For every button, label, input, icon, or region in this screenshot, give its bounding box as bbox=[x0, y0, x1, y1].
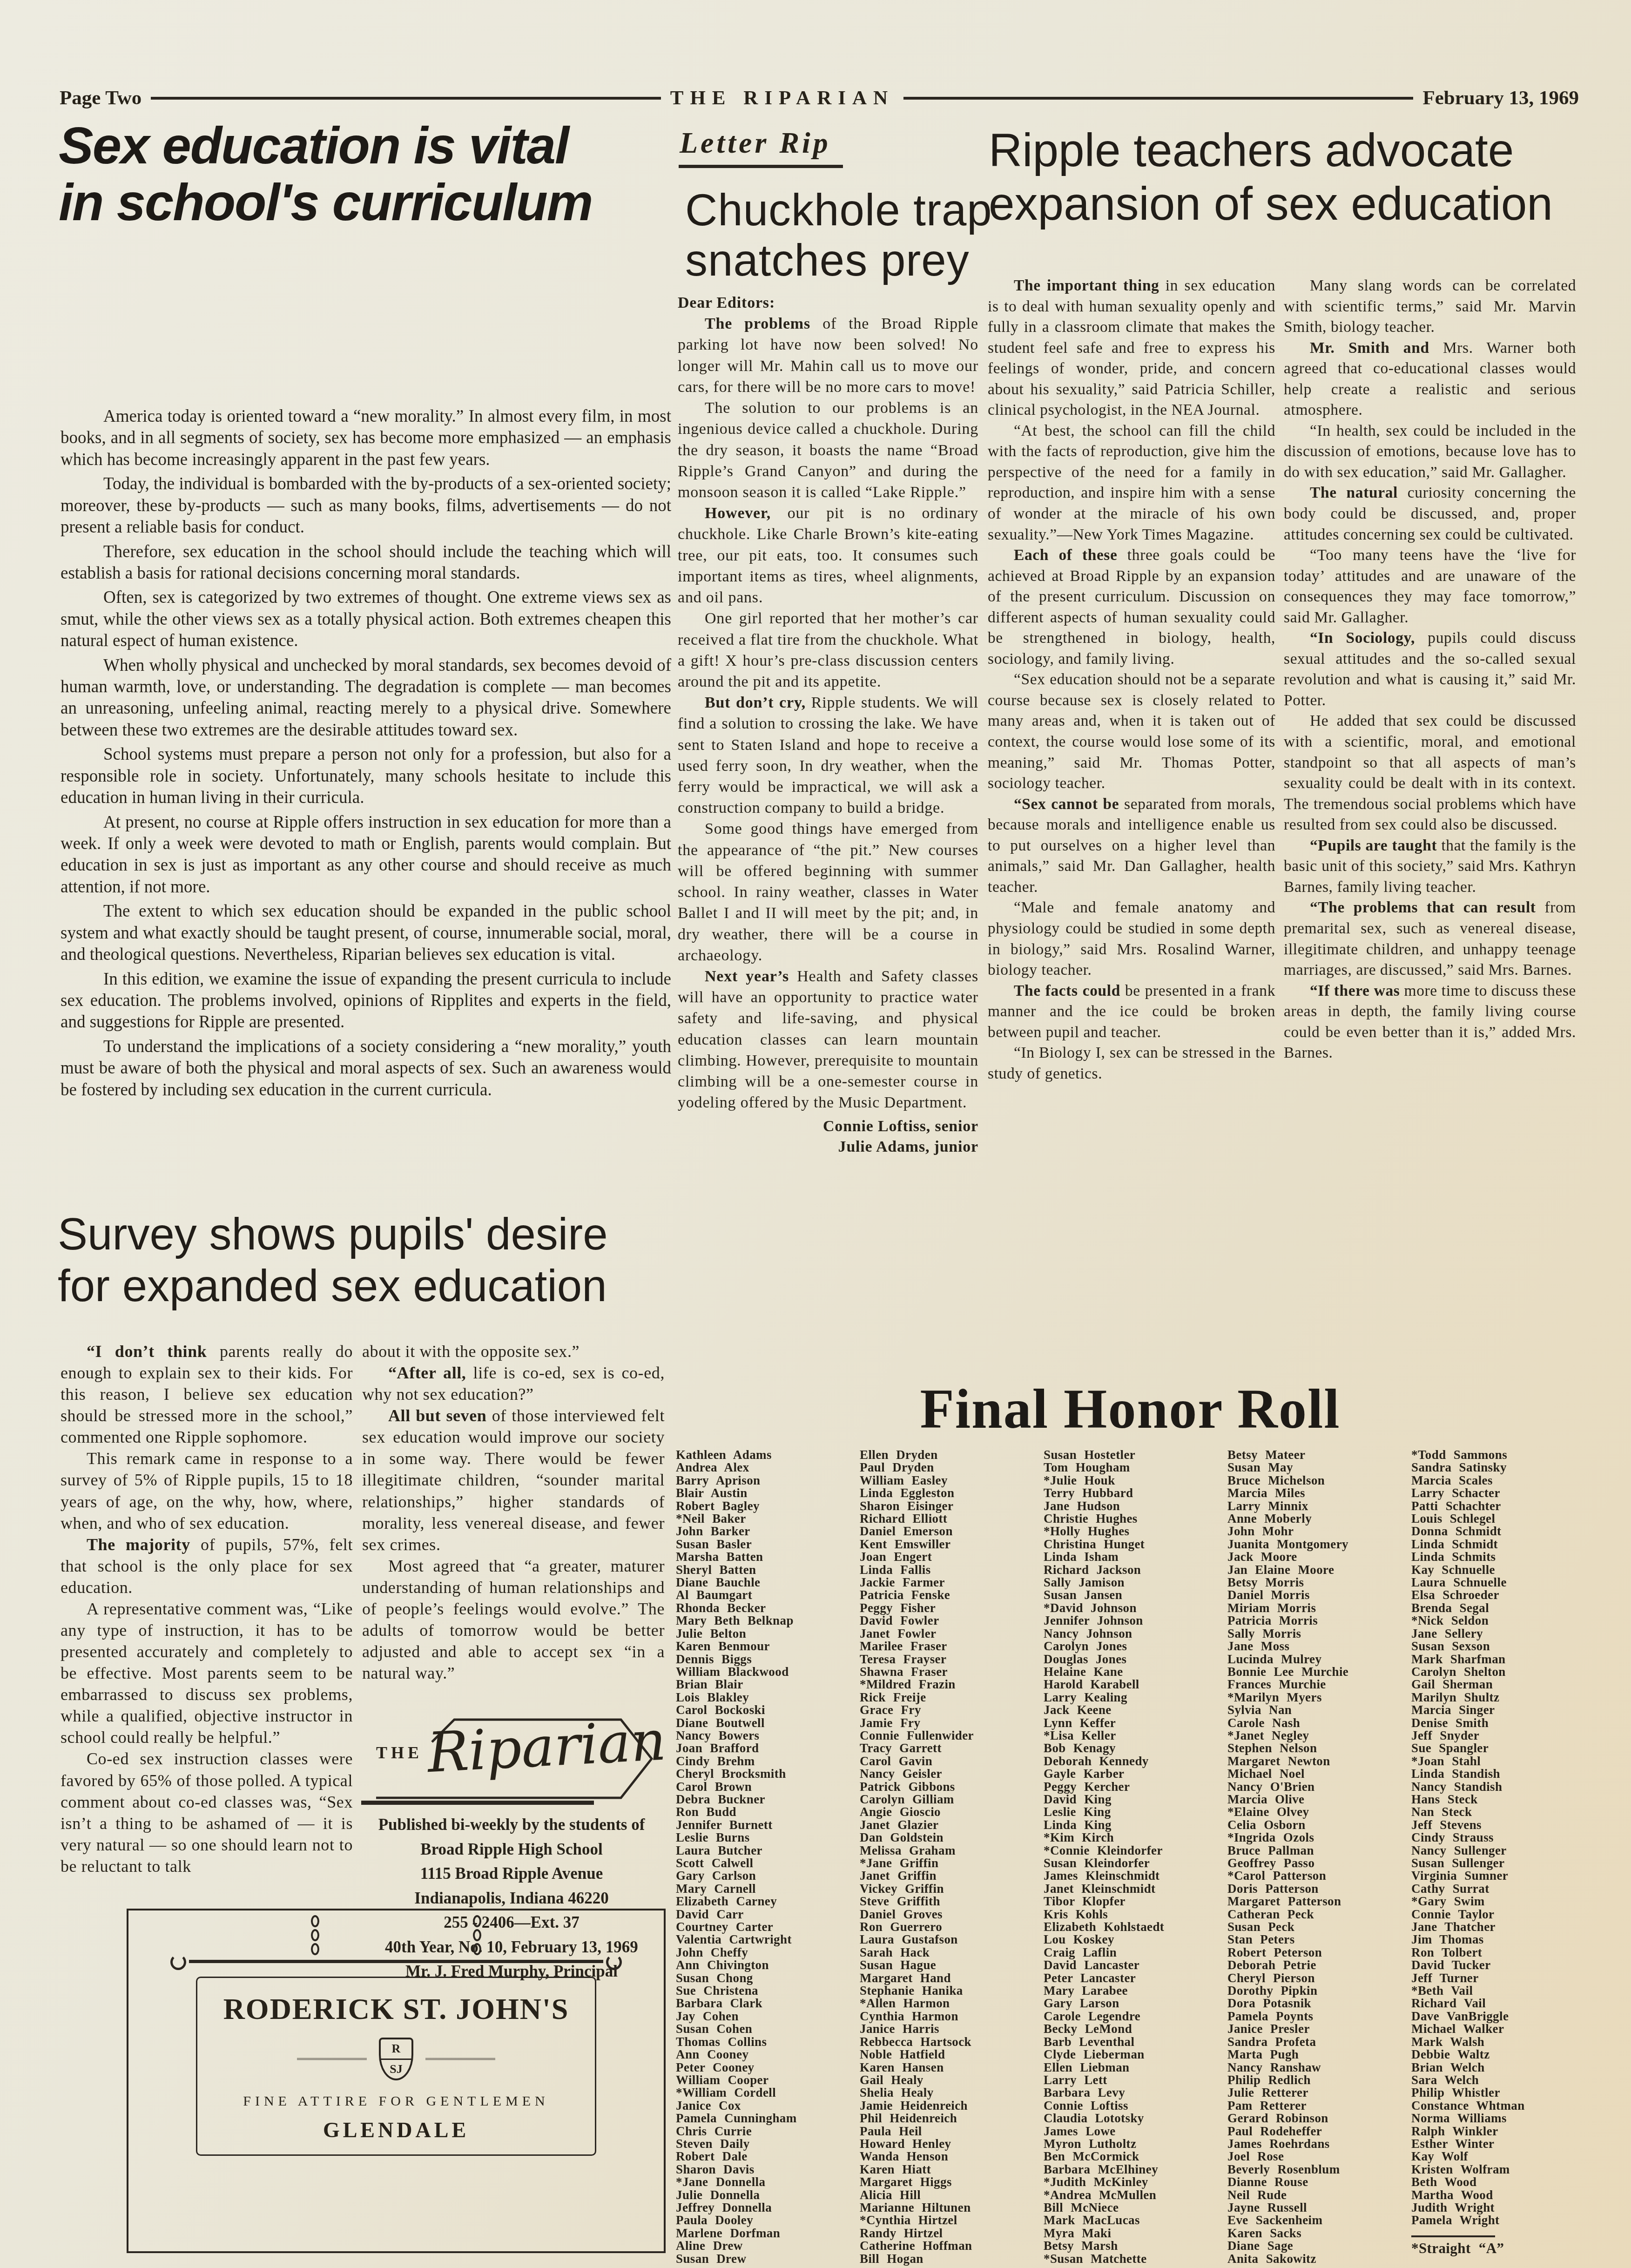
honor-roll-name: Debra Buckner bbox=[676, 1793, 853, 1806]
honor-roll-name: James Kleinschmidt bbox=[1044, 1870, 1220, 1882]
honor-roll-name: Mary Beth Belknap bbox=[676, 1614, 853, 1627]
masthead-line: Indianapolis, Indiana 46220 bbox=[357, 1886, 666, 1911]
honor-roll-name: Carol Bockoski bbox=[676, 1704, 853, 1716]
honor-roll-name: Douglas Jones bbox=[1044, 1653, 1220, 1666]
honor-roll-name: Shawna Fraser bbox=[860, 1666, 1037, 1678]
honor-roll-name: Lynn Keffer bbox=[1044, 1717, 1220, 1729]
honor-roll-name: Carolyn Jones bbox=[1044, 1640, 1220, 1653]
honor-roll-name: Jane Hudson bbox=[1044, 1500, 1220, 1512]
honor-roll-name: Myra Maki bbox=[1044, 2227, 1220, 2240]
honor-roll-name: Judith Wright bbox=[1411, 2201, 1588, 2214]
paragraph: Mr. Smith and Mrs. Warner both agreed th… bbox=[1284, 338, 1576, 421]
honor-roll-name: Ron Tolbert bbox=[1411, 1946, 1588, 1959]
honor-roll-name: Steve Griffith bbox=[860, 1895, 1037, 1908]
honor-roll-name: Richard Jackson bbox=[1044, 1564, 1220, 1576]
honor-roll-name: Carolyn Gilliam bbox=[860, 1793, 1037, 1806]
header-rule-left bbox=[151, 97, 660, 100]
honor-roll-name: Esther Winter bbox=[1411, 2138, 1588, 2150]
honor-roll-name: Bill McNiece bbox=[1044, 2201, 1220, 2214]
honor-roll-name: Larry Minnix bbox=[1227, 1500, 1404, 1512]
honor-roll-name: Doris Patterson bbox=[1227, 1883, 1404, 1895]
honor-roll-name: Julie Belton bbox=[676, 1627, 853, 1640]
honor-roll-name: Nancy Johnson bbox=[1044, 1627, 1220, 1640]
honor-roll-name: Cindy Brehm bbox=[676, 1755, 853, 1768]
honor-roll-name: William Blackwood bbox=[676, 1666, 853, 1678]
paragraph: “Male and female anatomy and physiology … bbox=[988, 898, 1275, 980]
honor-roll-name: Ben McCormick bbox=[1044, 2150, 1220, 2163]
honor-roll-name: Margaret Hand bbox=[860, 1972, 1037, 1984]
honor-roll-name: Margaret Newton bbox=[1227, 1755, 1404, 1768]
paragraph: A representative comment was, “Like any … bbox=[61, 1598, 353, 1748]
paper-title: THE RIPARIAN bbox=[670, 87, 894, 109]
honor-roll-name: *Beth Vail bbox=[1411, 1984, 1588, 1997]
honor-roll-name: Susan Hague bbox=[860, 1959, 1037, 1971]
honor-roll-name: James Lowe bbox=[1044, 2125, 1220, 2138]
honor-roll-name: Celia Osborn bbox=[1227, 1819, 1404, 1831]
honor-roll-name: *Mildred Frazin bbox=[860, 1678, 1037, 1691]
honor-roll-name: Valentia Cartwright bbox=[676, 1933, 853, 1946]
honor-roll-name: Ron Guerrero bbox=[860, 1921, 1037, 1933]
honor-roll-name: Denise Smith bbox=[1411, 1717, 1588, 1729]
honor-roll-name: *Marilyn Myers bbox=[1227, 1691, 1404, 1704]
honor-roll-name: Peggy Kercher bbox=[1044, 1781, 1220, 1793]
honor-roll-name: Debbie Waltz bbox=[1411, 2048, 1588, 2061]
honor-roll-name: Martha Wood bbox=[1411, 2189, 1588, 2201]
letter-paragraphs: The problems of the Broad Ripple parking… bbox=[678, 313, 978, 1113]
honor-roll-name: Jim Thomas bbox=[1411, 1933, 1588, 1946]
honor-roll-name: Sue Spangler bbox=[1411, 1742, 1588, 1755]
honor-roll-name: Linda Eggleston bbox=[860, 1487, 1037, 1499]
honor-roll-name: Janice Cox bbox=[676, 2099, 853, 2112]
honor-roll-name: Lois Blakley bbox=[676, 1691, 853, 1704]
honor-roll-name: Linda Fallis bbox=[860, 1564, 1037, 1576]
paragraph: Today, the individual is bombarded with … bbox=[61, 473, 671, 538]
honor-roll-name: Ellen Dryden bbox=[860, 1449, 1037, 1461]
honor-roll-name: Marcia Scales bbox=[1411, 1474, 1588, 1487]
honor-roll-name: Stan Peters bbox=[1227, 1933, 1404, 1946]
honor-roll-name: Rebbecca Hartsock bbox=[860, 2036, 1037, 2048]
page-number-label: Page Two bbox=[60, 87, 142, 109]
honor-roll-name: Betsy Mateer bbox=[1227, 1449, 1404, 1461]
honor-roll-name: *Jane Donnella bbox=[676, 2176, 853, 2188]
honor-roll-name: *Connie Kleindorfer bbox=[1044, 1844, 1220, 1857]
honor-roll-name: Kathleen Adams bbox=[676, 1449, 853, 1461]
honor-roll-name: Karen Hansen bbox=[860, 2061, 1037, 2074]
survey-column-1: “I don’t think parents really do enough … bbox=[61, 1341, 353, 1877]
paragraph: Next year’s Health and Safety classes wi… bbox=[678, 966, 978, 1114]
honor-roll-name: Beverly Rosenblum bbox=[1227, 2163, 1404, 2176]
honor-roll-name: Diane Bauchle bbox=[676, 1576, 853, 1589]
honor-roll-name: Daniel Emerson bbox=[860, 1525, 1037, 1538]
honor-roll-name: *Julie Houk bbox=[1044, 1474, 1220, 1487]
honor-roll-name: Nancy Sullenger bbox=[1411, 1844, 1588, 1857]
honor-roll-name: Hans Steck bbox=[1411, 1793, 1588, 1806]
honor-roll-name: Marianne Hiltunen bbox=[860, 2201, 1037, 2214]
paragraph: Many slang words can be correlated with … bbox=[1284, 276, 1576, 338]
honor-roll-name: Jack Moore bbox=[1227, 1551, 1404, 1563]
honor-roll-title: Final Honor Roll bbox=[675, 1377, 1585, 1441]
honor-roll-name: Jennifer Johnson bbox=[1044, 1614, 1220, 1627]
honor-roll-name: Mary Larabee bbox=[1044, 1984, 1220, 1997]
honor-roll-name: Norma Williams bbox=[1411, 2112, 1588, 2125]
honor-roll-name: Michael Walker bbox=[1411, 2023, 1588, 2035]
honor-roll-name: Craig Laflin bbox=[1044, 1946, 1220, 1959]
honor-roll-column-2: Ellen DrydenPaul DrydenWilliam EasleyLin… bbox=[860, 1449, 1037, 2265]
paragraph: All but seven of those interviewed felt … bbox=[362, 1405, 665, 1555]
honor-roll-name: Diane Sage bbox=[1227, 2240, 1404, 2252]
honor-roll-name: Deborah Petrie bbox=[1227, 1959, 1404, 1971]
letter-headline: Chuckhole trap snatches prey bbox=[685, 185, 992, 285]
honor-roll-name: Marsha Batten bbox=[676, 1551, 853, 1563]
honor-roll-name: Myron Lutholtz bbox=[1044, 2138, 1220, 2150]
issue-date: February 13, 1969 bbox=[1422, 87, 1579, 109]
paragraph: Most agreed that “a greater, maturer und… bbox=[362, 1555, 665, 1684]
honor-roll-name: Philip Whistler bbox=[1411, 2086, 1588, 2099]
honor-roll-name: *Elaine Olvey bbox=[1227, 1806, 1404, 1818]
honor-roll-name: Sally Jamison bbox=[1044, 1576, 1220, 1589]
paragraph: Therefore, sex education in the school s… bbox=[61, 541, 671, 585]
honor-roll-name: David Tucker bbox=[1411, 1959, 1588, 1971]
honor-roll-name: Paul Dryden bbox=[860, 1461, 1037, 1474]
honor-roll-name: *Andrea McMullen bbox=[1044, 2189, 1220, 2201]
honor-roll-name: Jeff Stevens bbox=[1411, 1819, 1588, 1831]
crest-row: R SJ bbox=[207, 2038, 586, 2080]
honor-roll-name: Catheran Peck bbox=[1227, 1908, 1404, 1921]
masthead-line: Published bi-weekly by the students of bbox=[357, 1813, 666, 1837]
honor-roll-name: Marcia Singer bbox=[1411, 1704, 1588, 1716]
honor-roll-name: Leslie King bbox=[1044, 1806, 1220, 1818]
paragraph: The facts could be presented in a frank … bbox=[988, 981, 1275, 1043]
honor-roll-name: Laura Butcher bbox=[676, 1844, 853, 1857]
honor-roll-name: Larry Lett bbox=[1044, 2074, 1220, 2086]
honor-roll-name: Terry Hubbard bbox=[1044, 1487, 1220, 1499]
honor-roll-name: Janice Harris bbox=[860, 2023, 1037, 2035]
honor-roll-column-5: *Todd SammonsSandra SatinskyMarcia Scale… bbox=[1411, 1449, 1588, 2265]
honor-roll-name: Nancy O'Brien bbox=[1227, 1781, 1404, 1793]
paragraph: Co-ed sex instruction classes were favor… bbox=[61, 1748, 353, 1876]
honor-roll-name: Marta Pugh bbox=[1227, 2048, 1404, 2061]
honor-roll-name: Scott Calwell bbox=[676, 1857, 853, 1870]
ad-location: GLENDALE bbox=[207, 2118, 586, 2142]
honor-roll-name: *Kim Kirch bbox=[1044, 1831, 1220, 1844]
paragraph: “If there was more time to discuss these… bbox=[1284, 981, 1576, 1064]
honor-roll-name: Leslie Burns bbox=[676, 1831, 853, 1844]
honor-roll-name: Daniel Morris bbox=[1227, 1589, 1404, 1601]
honor-roll-name: Courtney Carter bbox=[676, 1921, 853, 1933]
honor-roll-name: John Barker bbox=[676, 1525, 853, 1538]
honor-roll-name: Angie Gioscio bbox=[860, 1806, 1037, 1818]
paragraph: But don’t cry, Ripple students. We will … bbox=[678, 692, 978, 818]
honor-roll-name: Marilee Fraser bbox=[860, 1640, 1037, 1653]
honor-roll-name: Jackie Farmer bbox=[860, 1576, 1037, 1589]
honor-roll-name: Joan Brafford bbox=[676, 1742, 853, 1755]
honor-roll-name: Pamela Poynts bbox=[1227, 2010, 1404, 2023]
honor-roll-name: Peggy Fisher bbox=[860, 1602, 1037, 1614]
ad-tagline: FINE ATTIRE FOR GENTLEMEN bbox=[207, 2093, 586, 2109]
honor-roll-name: Sally Morris bbox=[1227, 1627, 1404, 1640]
paragraph: This remark came in response to a survey… bbox=[61, 1448, 353, 1533]
honor-roll-name: Geoffrey Passo bbox=[1227, 1857, 1404, 1870]
honor-roll-name: Elizabeth Carney bbox=[676, 1895, 853, 1908]
honor-roll-name: Karen Hiatt bbox=[860, 2163, 1037, 2176]
honor-roll-name: Rick Freije bbox=[860, 1691, 1037, 1704]
honor-roll-name: Cindy Strauss bbox=[1411, 1831, 1588, 1844]
honor-roll-name: Jane Thatcher bbox=[1411, 1921, 1588, 1933]
honor-roll-name: Nan Steck bbox=[1411, 1806, 1588, 1818]
honor-roll-name: Susan May bbox=[1227, 1461, 1404, 1474]
honor-roll-name: Christie Hughes bbox=[1044, 1512, 1220, 1525]
honor-roll-name: Kris Kohls bbox=[1044, 1908, 1220, 1921]
honor-roll-name: Robert Bagley bbox=[676, 1500, 853, 1512]
paragraph: “After all, life is co-ed, sex is co-ed,… bbox=[362, 1362, 665, 1405]
honor-roll-name: Cheryl Pierson bbox=[1227, 1972, 1404, 1984]
honor-roll-name: Janet Kleinschmidt bbox=[1044, 1883, 1220, 1895]
honor-roll-name: Ann Cooney bbox=[676, 2048, 853, 2061]
honor-roll-name: Sharon Davis bbox=[676, 2163, 853, 2176]
editorial-body: America today is oriented toward a “new … bbox=[61, 406, 671, 1104]
paragraph: America today is oriented toward a “new … bbox=[61, 406, 671, 471]
honor-roll-name: Dianne Rouse bbox=[1227, 2176, 1404, 2188]
honor-roll-name: Ann Chivington bbox=[676, 1959, 853, 1971]
honor-roll-name: *Susan Matchette bbox=[1044, 2253, 1220, 2265]
honor-roll-name: Connie Taylor bbox=[1411, 1908, 1588, 1921]
honor-roll-name: Dave VanBriggle bbox=[1411, 2010, 1588, 2023]
honor-roll-name: Jane Sellery bbox=[1411, 1627, 1588, 1640]
honor-roll-name: Lucinda Mulrey bbox=[1227, 1653, 1404, 1666]
honor-roll-name: Susan Jansen bbox=[1044, 1589, 1220, 1601]
honor-roll-name: Sandra Profeta bbox=[1227, 2036, 1404, 2048]
honor-roll-name: Robert Peterson bbox=[1227, 1946, 1404, 1959]
honor-roll-name: Laura Gustafson bbox=[860, 1933, 1037, 1946]
honor-roll-name: Mary Carnell bbox=[676, 1883, 853, 1895]
honor-roll-name: Ralph Winkler bbox=[1411, 2125, 1588, 2138]
honor-roll-name: Kristen Wolfram bbox=[1411, 2163, 1588, 2176]
honor-roll-name: Dora Potasnik bbox=[1227, 1997, 1404, 2010]
chain-icon bbox=[128, 1913, 664, 1958]
honor-roll-name: Larry Kealing bbox=[1044, 1691, 1220, 1704]
honor-roll-name: *Neil Baker bbox=[676, 1512, 853, 1525]
honor-roll-name: Connie Loftiss bbox=[1044, 2099, 1220, 2112]
honor-roll-name: Larry Schacter bbox=[1411, 1487, 1588, 1499]
honor-roll-name: Gail Sherman bbox=[1411, 1678, 1588, 1691]
honor-roll-name: Cathy Surrat bbox=[1411, 1883, 1588, 1895]
honor-roll-name: *Nick Seldon bbox=[1411, 1614, 1588, 1627]
honor-roll-name: *Allen Harmon bbox=[860, 1997, 1037, 2010]
paragraph: School systems must prepare a person not… bbox=[61, 744, 671, 809]
honor-roll-name: Howard Henley bbox=[860, 2138, 1037, 2150]
letter-salutation: Dear Editors: bbox=[678, 292, 978, 313]
page-header: Page Two THE RIPARIAN February 13, 1969 bbox=[60, 87, 1579, 109]
honor-roll-name: Harold Karabell bbox=[1044, 1678, 1220, 1691]
honor-roll-name: Patti Schachter bbox=[1411, 1500, 1588, 1512]
honor-roll-name: Thomas Collins bbox=[676, 2036, 853, 2048]
honor-roll-name: *Gary Swim bbox=[1411, 1895, 1588, 1908]
honor-roll-name: Ron Budd bbox=[676, 1806, 853, 1818]
honor-roll-name: Betsy Morris bbox=[1227, 1576, 1404, 1589]
honor-roll-name: John Cheffy bbox=[676, 1946, 853, 1959]
masthead-script-name: Riparian bbox=[426, 1709, 648, 1785]
honor-roll-name: Deborah Kennedy bbox=[1044, 1755, 1220, 1768]
honor-roll-name: Jack Keene bbox=[1044, 1704, 1220, 1716]
honor-roll-name: Sylvia Nan bbox=[1227, 1704, 1404, 1716]
honor-roll-name: Blair Austin bbox=[676, 1487, 853, 1499]
honor-roll-name: Eve Sackenheim bbox=[1227, 2214, 1404, 2227]
honor-roll-name: Vickey Griffin bbox=[860, 1883, 1037, 1895]
honor-roll-name: Carol Brown bbox=[676, 1781, 853, 1793]
honor-roll-name: Mark Walsh bbox=[1411, 2036, 1588, 2048]
honor-roll-name: Jamie Fry bbox=[860, 1717, 1037, 1729]
honor-roll-name: James Roehrdans bbox=[1227, 2138, 1404, 2150]
honor-roll-name: Joan Engert bbox=[860, 1551, 1037, 1563]
honor-roll-column-4: Betsy MateerSusan MayBruce MichelsonMarc… bbox=[1227, 1449, 1404, 2265]
honor-roll-name: Carole Nash bbox=[1227, 1717, 1404, 1729]
honor-roll-name: Juanita Montgomery bbox=[1227, 1538, 1404, 1551]
paragraph: The problems of the Broad Ripple parking… bbox=[678, 313, 978, 398]
survey-headline: Survey shows pupils' desire for expanded… bbox=[58, 1208, 681, 1312]
riparian-logo: THE Riparian bbox=[357, 1714, 666, 1802]
honor-roll-name: *Lisa Keller bbox=[1044, 1729, 1220, 1742]
honor-roll-name: Carolyn Shelton bbox=[1411, 1666, 1588, 1678]
honor-roll-name: Melissa Graham bbox=[860, 1844, 1037, 1857]
masthead-line: 1115 Broad Ripple Avenue bbox=[357, 1862, 666, 1886]
honor-roll-name: Susan Kleindorfer bbox=[1044, 1857, 1220, 1870]
paragraph: One girl reported that her mother’s car … bbox=[678, 608, 978, 692]
signature: Julie Adams, junior bbox=[678, 1137, 978, 1157]
paragraph: “Too many teens have the ‘live for today… bbox=[1284, 545, 1576, 628]
honor-roll-name: Marilyn Shultz bbox=[1411, 1691, 1588, 1704]
honor-roll-name: Catherine Hoffman bbox=[860, 2240, 1037, 2252]
survey-column-2: about it with the opposite sex.”“After a… bbox=[362, 1341, 665, 1684]
honor-roll-name: Paul Rodeheffer bbox=[1227, 2125, 1404, 2138]
paragraph: “Sex cannot be separated from morals, be… bbox=[988, 794, 1275, 898]
honor-roll-name: *Ingrida Ozols bbox=[1227, 1831, 1404, 1844]
honor-roll-name: Richard Vail bbox=[1411, 1997, 1588, 2010]
honor-roll-name: Margaret Patterson bbox=[1227, 1895, 1404, 1908]
honor-roll-name: Linda Schmits bbox=[1411, 1551, 1588, 1563]
sign-scroll-icon bbox=[170, 1958, 622, 1964]
honor-roll-name: John Mohr bbox=[1227, 1525, 1404, 1538]
honor-roll-name: Janet Fowler bbox=[860, 1627, 1037, 1640]
honor-roll-name: Janice Presler bbox=[1227, 2023, 1404, 2035]
honor-roll-name: Gail Healy bbox=[860, 2074, 1037, 2086]
paragraph: “In Sociology, pupils could discuss sexu… bbox=[1284, 628, 1576, 711]
honor-roll-name: Jane Moss bbox=[1227, 1640, 1404, 1653]
signature: Connie Loftiss, senior bbox=[678, 1116, 978, 1137]
honor-roll-name: Susan Sullenger bbox=[1411, 1857, 1588, 1870]
honor-roll-name: Barbara McElhiney bbox=[1044, 2163, 1220, 2176]
honor-roll-name: Rhonda Becker bbox=[676, 1602, 853, 1614]
honor-roll-name: Christina Hunget bbox=[1044, 1538, 1220, 1551]
honor-roll-name: Peter Cooney bbox=[676, 2061, 853, 2074]
honor-roll-name: Gerard Robinson bbox=[1227, 2112, 1404, 2125]
honor-roll-name: Steven Daily bbox=[676, 2138, 853, 2150]
honor-roll-name: Patricia Fenske bbox=[860, 1589, 1037, 1601]
honor-roll-name: Kent Emswiller bbox=[860, 1538, 1037, 1551]
honor-roll-name: Andrea Alex bbox=[676, 1461, 853, 1474]
honor-roll-name: Diane Boutwell bbox=[676, 1717, 853, 1729]
shield-icon: R SJ bbox=[379, 2038, 413, 2080]
honor-roll-name: Ellen Liebman bbox=[1044, 2061, 1220, 2074]
honor-roll-name: Dan Goldstein bbox=[860, 1831, 1037, 1844]
honor-roll-name: Neil Rude bbox=[1227, 2189, 1404, 2201]
honor-roll-name: Julie Donnella bbox=[676, 2189, 853, 2201]
honor-roll-name: Jayne Russell bbox=[1227, 2201, 1404, 2214]
honor-roll-name: Daniel Groves bbox=[860, 1908, 1037, 1921]
honor-roll-name: Barb Leventhal bbox=[1044, 2036, 1220, 2048]
honor-roll-name: Sheryl Batten bbox=[676, 1564, 853, 1576]
honor-roll-name: Richard Elliott bbox=[860, 1512, 1037, 1525]
honor-roll-name: Laura Schnuelle bbox=[1411, 1576, 1588, 1589]
honor-roll-name: Susan Chong bbox=[676, 1972, 853, 1984]
honor-roll-name: Louis Schlegel bbox=[1411, 1512, 1588, 1525]
honor-roll-name: David Carr bbox=[676, 1908, 853, 1921]
honor-roll-name: Jan Elaine Moore bbox=[1227, 1564, 1404, 1576]
honor-roll-name: Brian Welch bbox=[1411, 2061, 1588, 2074]
honor-roll-name: *Judith McKinley bbox=[1044, 2176, 1220, 2188]
paragraph: Some good things have emerged from the a… bbox=[678, 818, 978, 966]
honor-roll-name: William Easley bbox=[860, 1474, 1037, 1487]
honor-roll-name: *David Johnson bbox=[1044, 1602, 1220, 1614]
honor-roll-name: Bonnie Lee Murchie bbox=[1227, 1666, 1404, 1678]
honor-roll-name: Donna Schmidt bbox=[1411, 1525, 1588, 1538]
honor-roll-name: Pam Retterer bbox=[1227, 2099, 1404, 2112]
honor-roll-name: Cheryl Brocksmith bbox=[676, 1768, 853, 1780]
honor-roll-name: Robert Dale bbox=[676, 2150, 853, 2163]
honor-roll-name: Miriam Morris bbox=[1227, 1602, 1404, 1614]
crest-rule-right bbox=[425, 2058, 495, 2060]
paragraph: The extent to which sex education should… bbox=[61, 901, 671, 965]
paragraph: The important thing in sex education is … bbox=[988, 276, 1275, 421]
chain-left-icon bbox=[311, 1913, 319, 1958]
honor-roll-name: Philip Redlich bbox=[1227, 2074, 1404, 2086]
honor-roll-name: Linda King bbox=[1044, 1819, 1220, 1831]
honor-roll-name: Anne Moberly bbox=[1227, 1512, 1404, 1525]
honor-roll-name: Barbara Levy bbox=[1044, 2086, 1220, 2099]
honor-roll-name: Marcia Olive bbox=[1227, 1793, 1404, 1806]
letter-body: Dear Editors: The problems of the Broad … bbox=[678, 292, 978, 1157]
honor-roll-name: Joel Rose bbox=[1227, 2150, 1404, 2163]
honor-roll-name: David Lancaster bbox=[1044, 1959, 1220, 1971]
honor-roll-name: Bill Hogan bbox=[860, 2253, 1037, 2265]
masthead-the: THE bbox=[376, 1743, 423, 1762]
honor-roll-name: *Holly Hughes bbox=[1044, 1525, 1220, 1538]
honor-roll-name: Clyde Lieberman bbox=[1044, 2048, 1220, 2061]
honor-roll-name: Carol Gavin bbox=[860, 1755, 1037, 1768]
honor-roll-name: Sue Christena bbox=[676, 1984, 853, 1997]
honor-roll-name: Karen Sacks bbox=[1227, 2227, 1404, 2240]
paragraph: “Pupils are taught that the family is th… bbox=[1284, 836, 1576, 898]
paragraph: However, our pit is no ordinary chuckhol… bbox=[678, 503, 978, 608]
honor-roll-name: Bob Kenagy bbox=[1044, 1742, 1220, 1755]
honor-roll-name: Susan Drew bbox=[676, 2253, 853, 2265]
honor-roll-name: Paula Heil bbox=[860, 2125, 1037, 2138]
paragraph: “Sex education should not be a separate … bbox=[988, 669, 1275, 794]
honor-roll-name: *Todd Sammons bbox=[1411, 1449, 1588, 1461]
paragraph: In this edition, we examine the issue of… bbox=[61, 969, 671, 1033]
honor-roll-name: Nancy Bowers bbox=[676, 1729, 853, 1742]
honor-roll-name: Tracy Garrett bbox=[860, 1742, 1037, 1755]
honor-roll-name: Jamie Heidenreich bbox=[860, 2099, 1037, 2112]
paragraph: The natural curiosity concerning the bod… bbox=[1284, 483, 1576, 545]
honor-roll-name: Nancy Geisler bbox=[860, 1768, 1037, 1780]
honor-roll-name: *Janet Negley bbox=[1227, 1729, 1404, 1742]
honor-roll-name: Cynthia Harmon bbox=[860, 2010, 1037, 2023]
honor-roll-name: Dorothy Pipkin bbox=[1227, 1984, 1404, 1997]
honor-roll-name: Mark MacLucas bbox=[1044, 2214, 1220, 2227]
crest-rule-left bbox=[297, 2058, 367, 2060]
sign-board: RODERICK ST. JOHN'S R SJ FINE ATTIRE FOR… bbox=[196, 1977, 596, 2156]
honor-roll-name: Alicia Hill bbox=[860, 2189, 1037, 2201]
